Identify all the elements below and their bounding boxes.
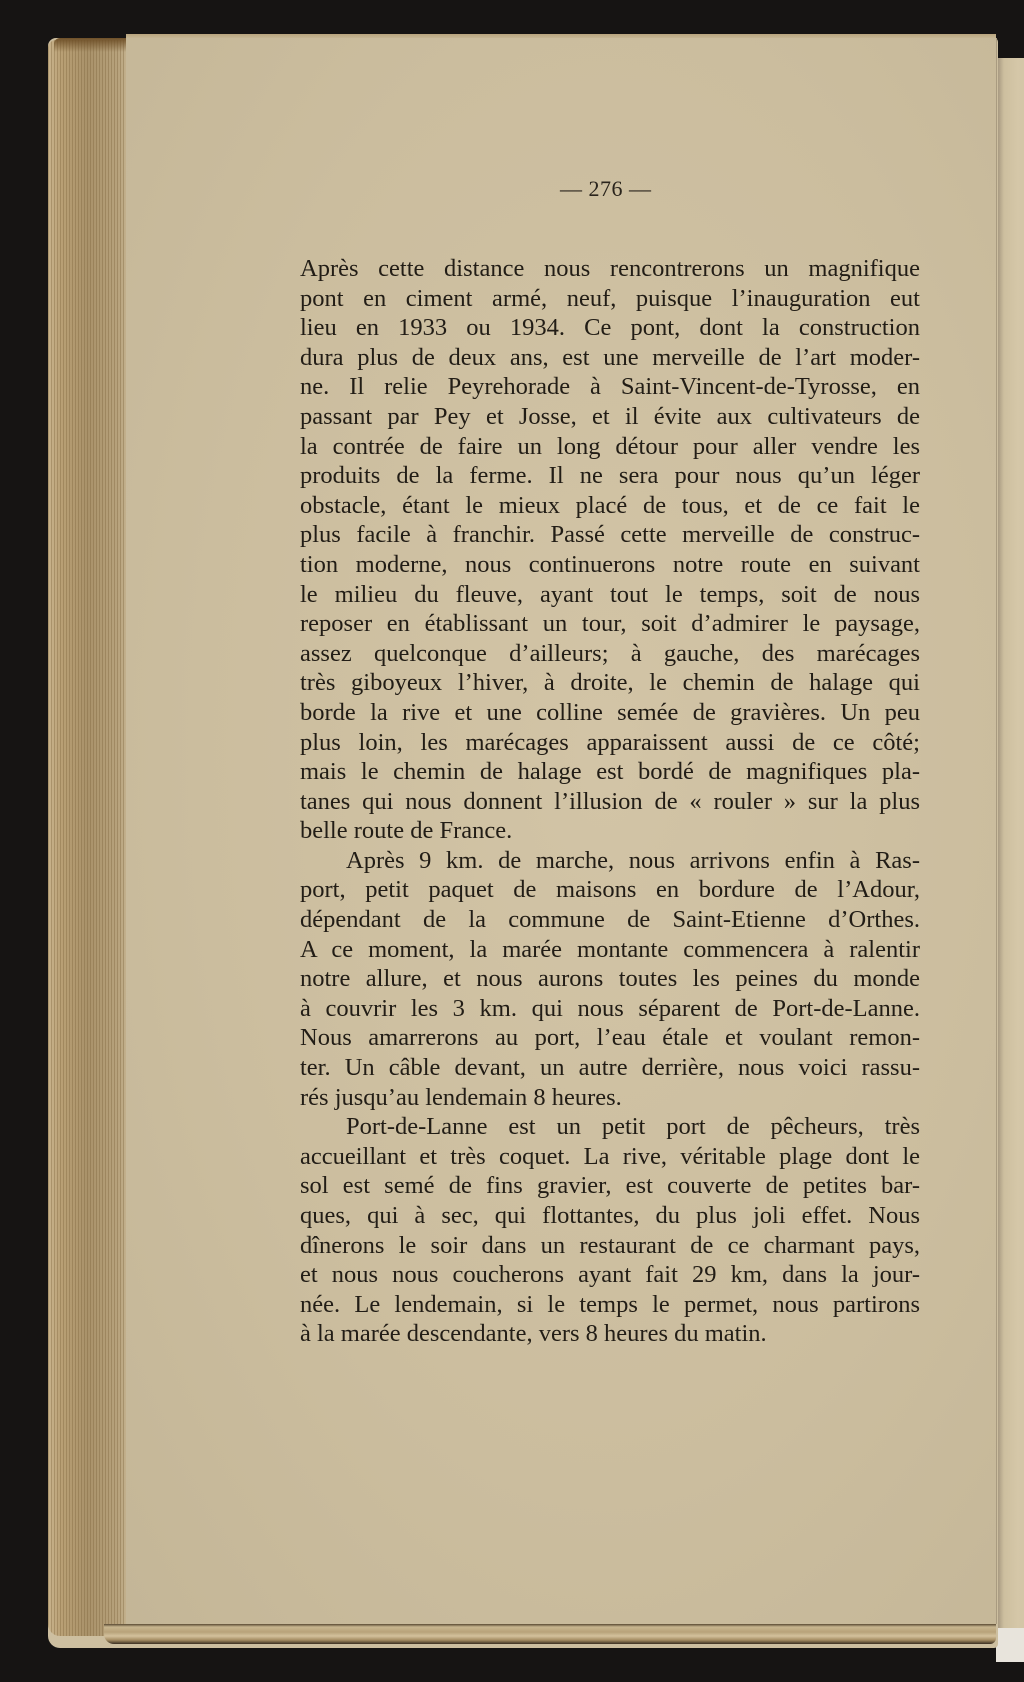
- text-line: A ce moment, la marée montante commencer…: [300, 935, 920, 965]
- text-line: notre allure, et nous aurons toutes les …: [300, 964, 920, 994]
- text-line: passant par Pey et Josse, et il évite au…: [300, 402, 920, 432]
- text-line: reposer en établissant un tour, soit d’a…: [300, 609, 920, 639]
- text-line: tanes qui nous donnent l’illusion de « r…: [300, 787, 920, 817]
- text-line: dînerons le soir dans un restaurant de c…: [300, 1231, 920, 1261]
- text-line: très giboyeux l’hiver, à droite, le chem…: [300, 668, 920, 698]
- text-line: produits de la ferme. Il ne sera pour no…: [300, 461, 920, 491]
- text-line: dura plus de deux ans, est une merveille…: [300, 343, 920, 373]
- paragraph: Après 9 km. de marche, nous arrivons enf…: [300, 846, 920, 1112]
- text-line: accueillant et très coquet. La rive, vér…: [300, 1142, 920, 1172]
- text-line: dépendant de la commune de Saint-Etienne…: [300, 905, 920, 935]
- text-line: plus facile à franchir. Passé cette merv…: [300, 520, 920, 550]
- text-line: sol est semé de fins gravier, est couver…: [300, 1171, 920, 1201]
- text-line: Après cette distance nous rencontrerons …: [300, 254, 920, 284]
- page-stack-edge: [48, 40, 126, 1636]
- paragraph: Après cette distance nous rencontrerons …: [300, 254, 920, 846]
- text-line: pont en ciment armé, neuf, puisque l’ina…: [300, 284, 920, 314]
- text-line: lieu en 1933 ou 1934. Ce pont, dont la c…: [300, 313, 920, 343]
- text-line: la contrée de faire un long détour pour …: [300, 432, 920, 462]
- paragraph: Port-de-Lanne est un petit port de pêche…: [300, 1112, 920, 1349]
- text-line: Après 9 km. de marche, nous arrivons enf…: [300, 846, 920, 876]
- text-line: plus loin, les marécages apparaissent au…: [300, 728, 920, 758]
- text-line: ter. Un câble devant, un autre derrière,…: [300, 1053, 920, 1083]
- text-line: à couvrir les 3 km. qui nous séparent de…: [300, 994, 920, 1024]
- next-page-corner: [996, 1628, 1024, 1662]
- text-line: ne. Il relie Peyrehorade à Saint-Vincent…: [300, 372, 920, 402]
- text-line: Port-de-Lanne est un petit port de pêche…: [300, 1112, 920, 1142]
- text-line: à la marée descendante, vers 8 heures du…: [300, 1319, 920, 1349]
- text-line: assez quelconque d’ailleurs; à gauche, d…: [300, 639, 920, 669]
- text-line: ques, qui à sec, qui flottantes, du plus…: [300, 1201, 920, 1231]
- text-line: rés jusqu’au lendemain 8 heures.: [300, 1083, 920, 1113]
- text-line: obstacle, étant le mieux placé de tous, …: [300, 491, 920, 521]
- text-line: et nous nous coucherons ayant fait 29 km…: [300, 1260, 920, 1290]
- text-line: tion moderne, nous continuerons notre ro…: [300, 550, 920, 580]
- text-line: mais le chemin de halage est bordé de ma…: [300, 757, 920, 787]
- page-bottom-edge: [104, 1624, 996, 1644]
- text-line: port, petit paquet de maisons en bordure…: [300, 875, 920, 905]
- text-line: Nous amarrerons au port, l’eau étale et …: [300, 1023, 920, 1053]
- text-line: belle route de France.: [300, 816, 920, 846]
- text-line: borde la rive et une colline semée de gr…: [300, 698, 920, 728]
- text-line: le milieu du fleuve, ayant tout le temps…: [300, 580, 920, 610]
- page-stack-stain: [54, 38, 126, 52]
- text-line: née. Le lendemain, si le temps le permet…: [300, 1290, 920, 1320]
- page-number: — 276 —: [560, 176, 720, 202]
- next-page-edge: [996, 58, 1024, 1638]
- body-text: Après cette distance nous rencontrerons …: [300, 254, 920, 1349]
